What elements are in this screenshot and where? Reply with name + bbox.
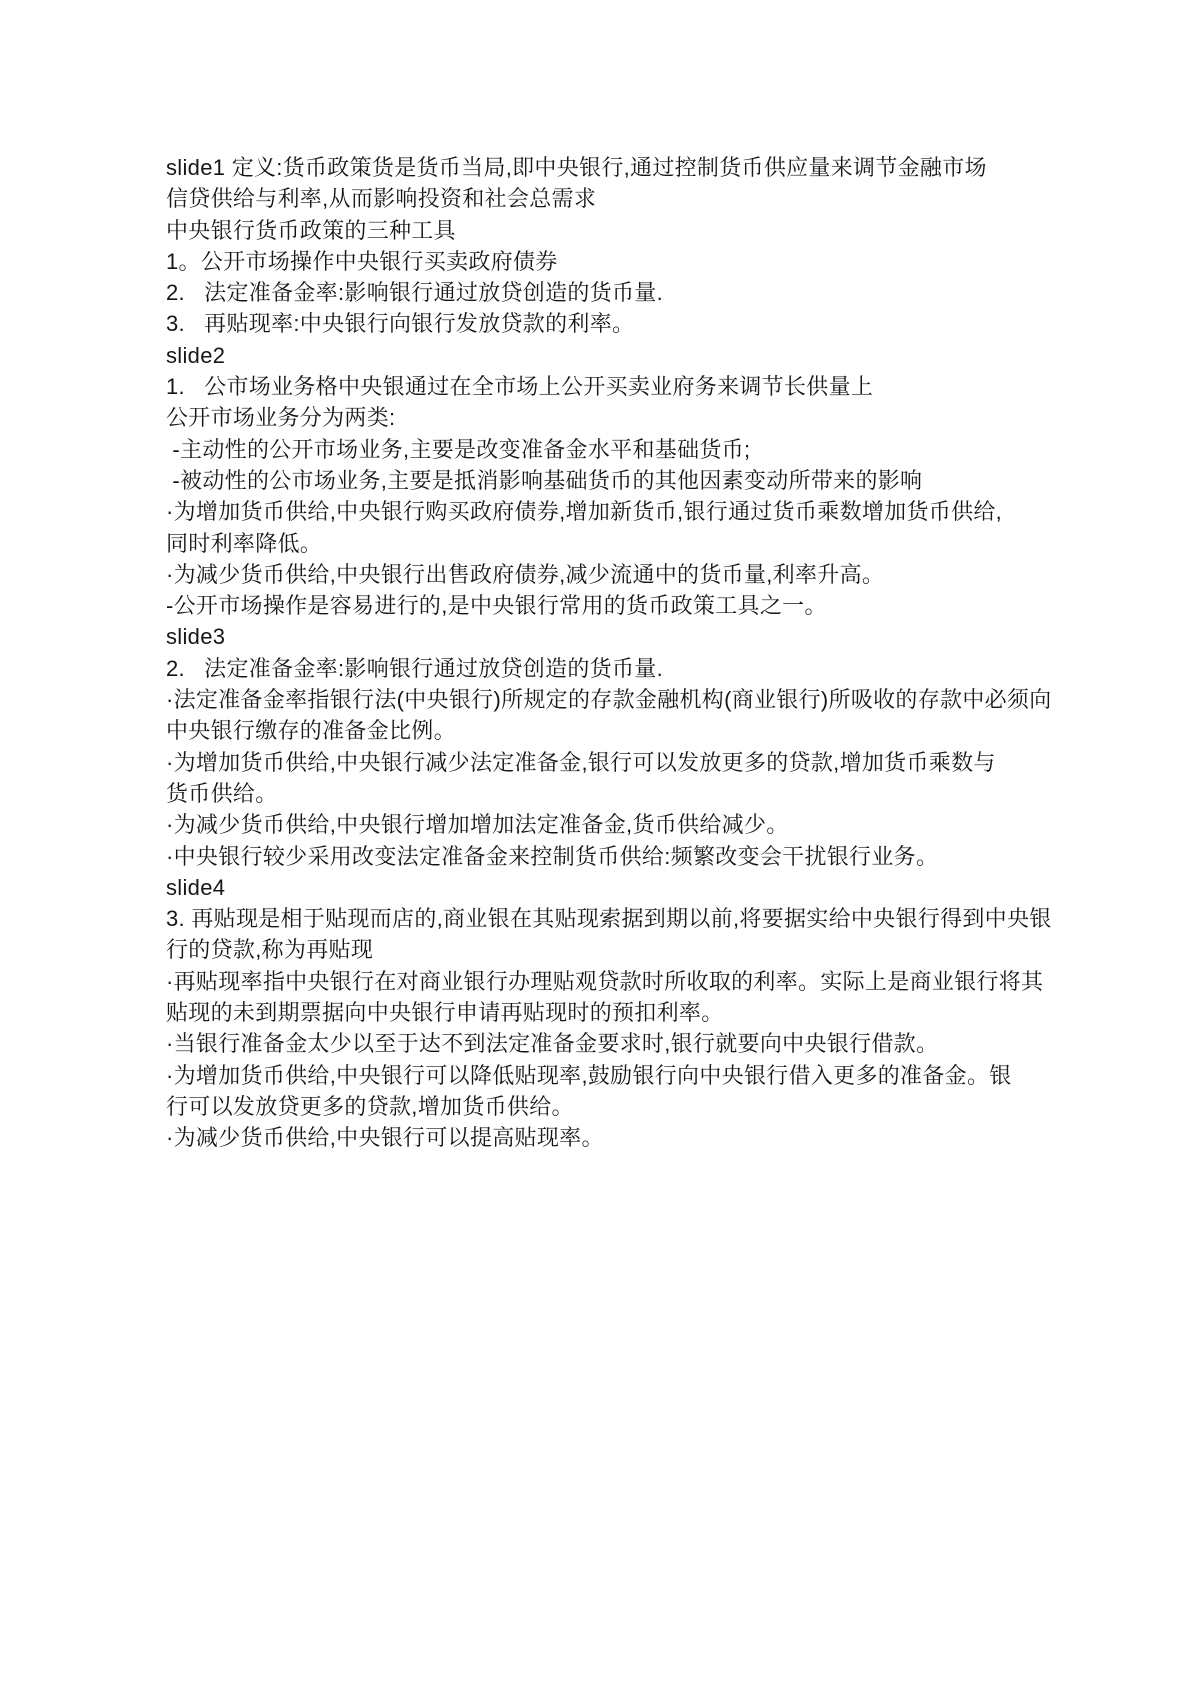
text-line-slide2-heading: slide2 (166, 340, 1071, 371)
text-line-slide1-definition: slide1 定义:货币政策货是货币当局,即中央银行,通过控制货币供应量来调节金… (166, 152, 1071, 183)
text-line-reserve-increase: ·为增加货币供给,中央银行减少法定准备金,银行可以发放更多的贷款,增加货币乘数与 (166, 747, 1071, 778)
text-line-active-type: -主动性的公开市场业务,主要是改变准备金水平和基础货币; (166, 434, 1071, 465)
text-line-slide4-heading: slide4 (166, 872, 1071, 903)
text-line-borrow-from-central: ·当银行准备金太少以至于达不到法定准备金要求时,银行就要向中央银行借款。 (166, 1028, 1071, 1059)
text-line-increase-supply: ·为增加货币供给,中央银行购买政府债券,增加新货币,银行通过货币乘数增加货币供给… (166, 496, 1071, 527)
text-line-raise-discount-rate: ·为减少货币供给,中央银行可以提高贴现率。 (166, 1122, 1071, 1153)
text-line-rediscount-rate-def: ·再贴现率指中央银行在对商业银行办理贴观贷款时所收取的利率。实际上是商业银行将其 (166, 966, 1071, 997)
text-line-lower-discount-rate-wrap: 行可以发放贷更多的贷款,增加货币供给。 (166, 1091, 1071, 1122)
text-line-rediscount-rate-def-wrap: 贴现的未到期票据向中央银行申请再贴现时的预扣利率。 (166, 997, 1071, 1028)
text-line-rediscount-def: 3. 再贴现是相于贴现而店的,商业银在其贴现索据到期以前,将要据实给中央银行得到… (166, 903, 1071, 934)
notes-text-block: slide1 定义:货币政策货是货币当局,即中央银行,通过控制货币供应量来调节金… (166, 152, 1071, 1154)
text-line-open-market-easy: -公开市场操作是容易进行的,是中央银行常用的货币政策工具之一。 (166, 590, 1071, 621)
text-line-two-types: 公开市场业务分为两类: (166, 402, 1071, 433)
text-line-reserve-ratio-item: 2. 法定准备金率:影响银行通过放贷创造的货币量. (166, 653, 1071, 684)
text-line-reserve-decrease: ·为减少货币供给,中央银行增加增加法定准备金,货币供给减少。 (166, 809, 1071, 840)
text-line-open-market-item: 1. 公市场业务格中央银通过在全市场上公开买卖业府务来调节长供量上 (166, 371, 1071, 402)
text-line-increase-supply-wrap: 同时利率降低。 (166, 528, 1071, 559)
text-line-decrease-supply: ·为减少货币供给,中央银行出售政府债券,减少流通中的货币量,利率升高。 (166, 559, 1071, 590)
text-line-reserve-ratio-def: ·法定准备金率指银行法(中央银行)所规定的存款金融机构(商业银行)所吸收的存款中… (166, 684, 1071, 715)
document-page: slide1 定义:货币政策货是货币当局,即中央银行,通过控制货币供应量来调节金… (0, 0, 1200, 1696)
text-line-rediscount-def-wrap: 行的贷款,称为再贴现 (166, 934, 1071, 965)
text-line-reserve-ratio-def-wrap: 中央银行缴存的准备金比例。 (166, 715, 1071, 746)
text-line-tool-3: 3. 再贴现率:中央银行向银行发放贷款的利率。 (166, 308, 1071, 339)
text-line-three-tools-heading: 中央银行货币政策的三种工具 (166, 215, 1071, 246)
text-line-lower-discount-rate: ·为增加货币供给,中央银行可以降低贴现率,鼓励银行向中央银行借入更多的准备金。银 (166, 1060, 1071, 1091)
text-line-definition-wrap: 信贷供给与利率,从而影响投资和社会总需求 (166, 183, 1071, 214)
text-line-reserve-rarely-used: ·中央银行较少采用改变法定准备金来控制货币供给:频繁改变会干扰银行业务。 (166, 841, 1071, 872)
text-line-reserve-increase-wrap: 货币供给。 (166, 778, 1071, 809)
text-line-tool-1: 1。公开市场操作中央银行买卖政府债券 (166, 246, 1071, 277)
text-line-tool-2: 2. 法定准备金率:影响银行通过放贷创造的货币量. (166, 277, 1071, 308)
text-line-passive-type: -被动性的公市场业务,主要是抵消影响基础货币的其他因素变动所带来的影响 (166, 465, 1071, 496)
text-line-slide3-heading: slide3 (166, 621, 1071, 652)
